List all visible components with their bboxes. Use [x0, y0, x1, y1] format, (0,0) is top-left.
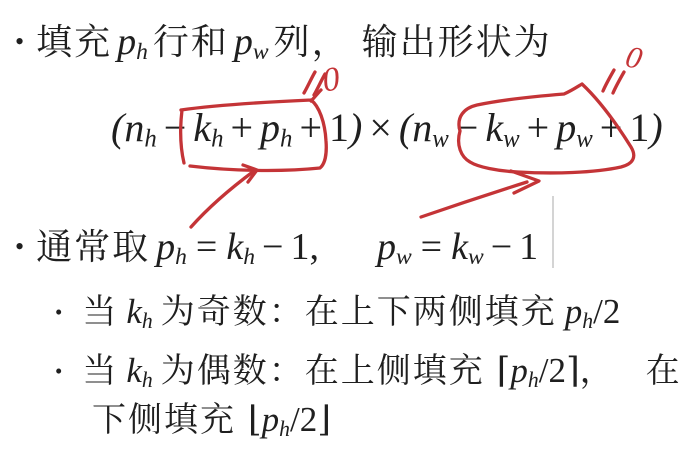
- line1-text-4: 输出形状为: [362, 14, 552, 65]
- eq-pw: pw=kw−1: [377, 225, 538, 269]
- bullet-line-padding-output-shape: • 填充 ph 行和 pw 列， 输出形状为: [15, 14, 552, 65]
- handwritten-zero-left: 0: [320, 60, 342, 99]
- lparen: (: [111, 104, 124, 151]
- handwritten-zero-right: 0: [622, 39, 646, 77]
- plus-op: +: [292, 104, 329, 151]
- one: 1: [629, 104, 649, 151]
- ph-over-2: ph/2: [565, 292, 621, 332]
- rparen: ): [349, 104, 362, 151]
- arrow-annotation-left-head: [243, 165, 257, 182]
- sub2-comma: ，: [580, 343, 616, 392]
- sub1-text-1: 当: [82, 284, 118, 333]
- sub-bullet-even-kernel: • 当 kh 为偶数：在上侧填充 ⌈ph/2⌉ ， 在: [55, 343, 682, 392]
- line1-text-1: 填充: [36, 14, 112, 65]
- one: 1: [329, 104, 349, 151]
- sub2-text-3: 在: [646, 343, 682, 392]
- ditto-mark-right-icon: [603, 70, 624, 93]
- arrow-annotation-right-head: [511, 171, 539, 193]
- lparen: (: [399, 104, 412, 151]
- line1-text-2: 行和: [153, 14, 229, 65]
- caret-artifact-line: [552, 196, 554, 268]
- ditto-mark-left-icon: [304, 72, 325, 95]
- plus-op: +: [593, 104, 630, 151]
- bullet-icon: •: [15, 232, 24, 262]
- bullet-icon: •: [55, 300, 62, 325]
- times-op: ×: [362, 104, 399, 151]
- var-ph: ph: [260, 104, 292, 151]
- var-kw: kw: [485, 104, 519, 151]
- eq-ph: ph=kh−1,: [156, 225, 319, 269]
- sub2b-text-1: 下侧填充: [92, 392, 236, 441]
- arrow-annotation-right-shaft: [421, 182, 527, 217]
- minus-op: −: [449, 104, 486, 151]
- sub-bullet-even-kernel-wrap: 下侧填充 ⌊ph/2⌋: [92, 392, 331, 441]
- sub2-text-2: 为偶数：在上侧填充: [161, 343, 485, 392]
- var-kh: kh: [126, 292, 152, 332]
- var-kh: kh: [126, 351, 152, 391]
- bullet-icon: •: [55, 359, 62, 384]
- var-nw: nw: [412, 104, 449, 151]
- line1-text-3: 列，: [274, 14, 350, 65]
- var-ph: ph: [117, 20, 148, 64]
- sub-bullet-odd-kernel: • 当 kh 为奇数：在上下两侧填充 ph/2: [55, 284, 620, 333]
- ceil-ph-over-2: ⌈ph/2⌉: [497, 351, 580, 391]
- minus-op: −: [157, 104, 194, 151]
- line2-text-1: 通常取: [36, 219, 150, 270]
- sub2-text-1: 当: [82, 343, 118, 392]
- floor-ph-over-2: ⌊ph/2⌋: [248, 400, 331, 440]
- bullet-icon: •: [15, 27, 24, 57]
- output-shape-formula: (nh−kh+ph+1)×(nw−kw+pw+1): [111, 104, 663, 151]
- rparen: ): [649, 104, 662, 151]
- lecture-slide: • 填充 ph 行和 pw 列， 输出形状为 (nh−kh+ph+1)×(nw−…: [0, 0, 685, 451]
- var-pw: pw: [234, 20, 269, 64]
- plus-op: +: [520, 104, 557, 151]
- var-kh: kh: [193, 104, 223, 151]
- plus-op: +: [223, 104, 260, 151]
- var-pw: pw: [556, 104, 593, 151]
- bullet-line-usual-padding: • 通常取 ph=kh−1, pw=kw−1: [15, 219, 538, 270]
- var-nh: nh: [124, 104, 156, 151]
- sub1-text-2: 为奇数：在上下两侧填充: [161, 284, 557, 333]
